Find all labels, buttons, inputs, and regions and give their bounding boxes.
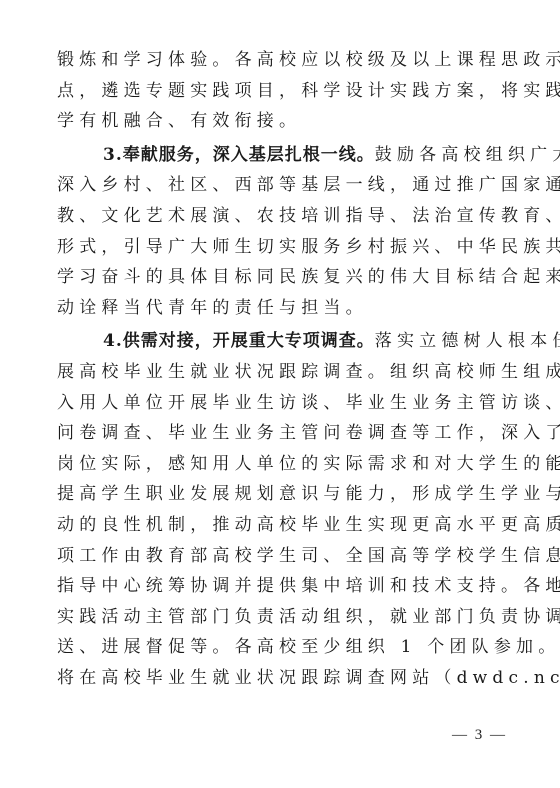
text-line: 动诠释当代青年的责任与担当。	[57, 293, 513, 324]
text-line: 点，遴选专题实践项目，科学设计实践方案，将实践环节与课程教	[57, 76, 513, 107]
text-line: 将在高校毕业生就业状况跟踪调查网站（dwdc.ncss.cn）公布。	[57, 663, 513, 694]
text-line: 提高学生职业发展规划意识与能力，形成学生学业与职业双向互	[57, 479, 513, 510]
text-line: 指导中心统筹协调并提供集中培训和技术支持。各地各高校社会	[57, 571, 513, 602]
paragraph-continuation: 锻炼和学习体验。各高校应以校级及以上课程思政示范课为重 点，遴选专题实践项目，科…	[57, 45, 513, 137]
text-line: 项工作由教育部高校学生司、全国高等学校学生信息咨询与就业	[57, 541, 513, 572]
section-heading-4: 4.供需对接，开展重大专项调查。	[103, 331, 375, 351]
text-fragment: 落实立德树人根本任务，开	[375, 331, 560, 351]
text-line: 入用人单位开展毕业生访谈、毕业生业务主管访谈、单位招聘经理	[57, 388, 513, 419]
text-line: 问卷调查、毕业生业务主管问卷调查等工作，深入了解不同单位及	[57, 418, 513, 449]
text-line: 动的良性机制，推动高校毕业生实现更高水平更高质量就业。本	[57, 510, 513, 541]
paragraph-item-3: 3.奉献服务，深入基层扎根一线。鼓励各高校组织广大师生 深入乡村、社区、西部等基…	[57, 140, 513, 324]
section-heading-3: 3.奉献服务，深入基层扎根一线。	[103, 145, 375, 165]
text-line: 4.供需对接，开展重大专项调查。落实立德树人根本任务，开	[57, 326, 513, 357]
text-line: 送、进展督促等。各高校至少组织 1 个团队参加。具体工作要求	[57, 632, 513, 663]
text-line: 形式，引导广大师生切实服务乡村振兴、中华民族共同体建设，把	[57, 232, 513, 263]
text-line: 岗位实际，感知用人单位的实际需求和对大学生的能力素质要求，	[57, 449, 513, 480]
document-page: 锻炼和学习体验。各高校应以校级及以上课程思政示范课为重 点，遴选专题实践项目，科…	[0, 0, 560, 788]
text-line: 锻炼和学习体验。各高校应以校级及以上课程思政示范课为重	[57, 45, 513, 76]
page-number: — 3 —	[452, 727, 507, 744]
document-body: 锻炼和学习体验。各高校应以校级及以上课程思政示范课为重 点，遴选专题实践项目，科…	[57, 45, 513, 693]
text-line: 深入乡村、社区、西部等基层一线，通过推广国家通用语言、义务支	[57, 170, 513, 201]
text-line: 学习奋斗的具体目标同民族复兴的伟大目标结合起来，用实际行	[57, 262, 513, 293]
text-line: 3.奉献服务，深入基层扎根一线。鼓励各高校组织广大师生	[57, 140, 513, 171]
text-line: 展高校毕业生就业状况跟踪调查。组织高校师生组成实践团队深	[57, 357, 513, 388]
text-fragment: 鼓励各高校组织广大师生	[375, 145, 560, 165]
text-line: 实践活动主管部门负责活动组织，就业部门负责协调联络、信息报	[57, 602, 513, 633]
text-line: 学有机融合、有效衔接。	[57, 106, 513, 137]
paragraph-item-4: 4.供需对接，开展重大专项调查。落实立德树人根本任务，开 展高校毕业生就业状况跟…	[57, 326, 513, 693]
text-line: 教、文化艺术展演、农技培训指导、法治宣传教育、关爱留守儿童等	[57, 201, 513, 232]
